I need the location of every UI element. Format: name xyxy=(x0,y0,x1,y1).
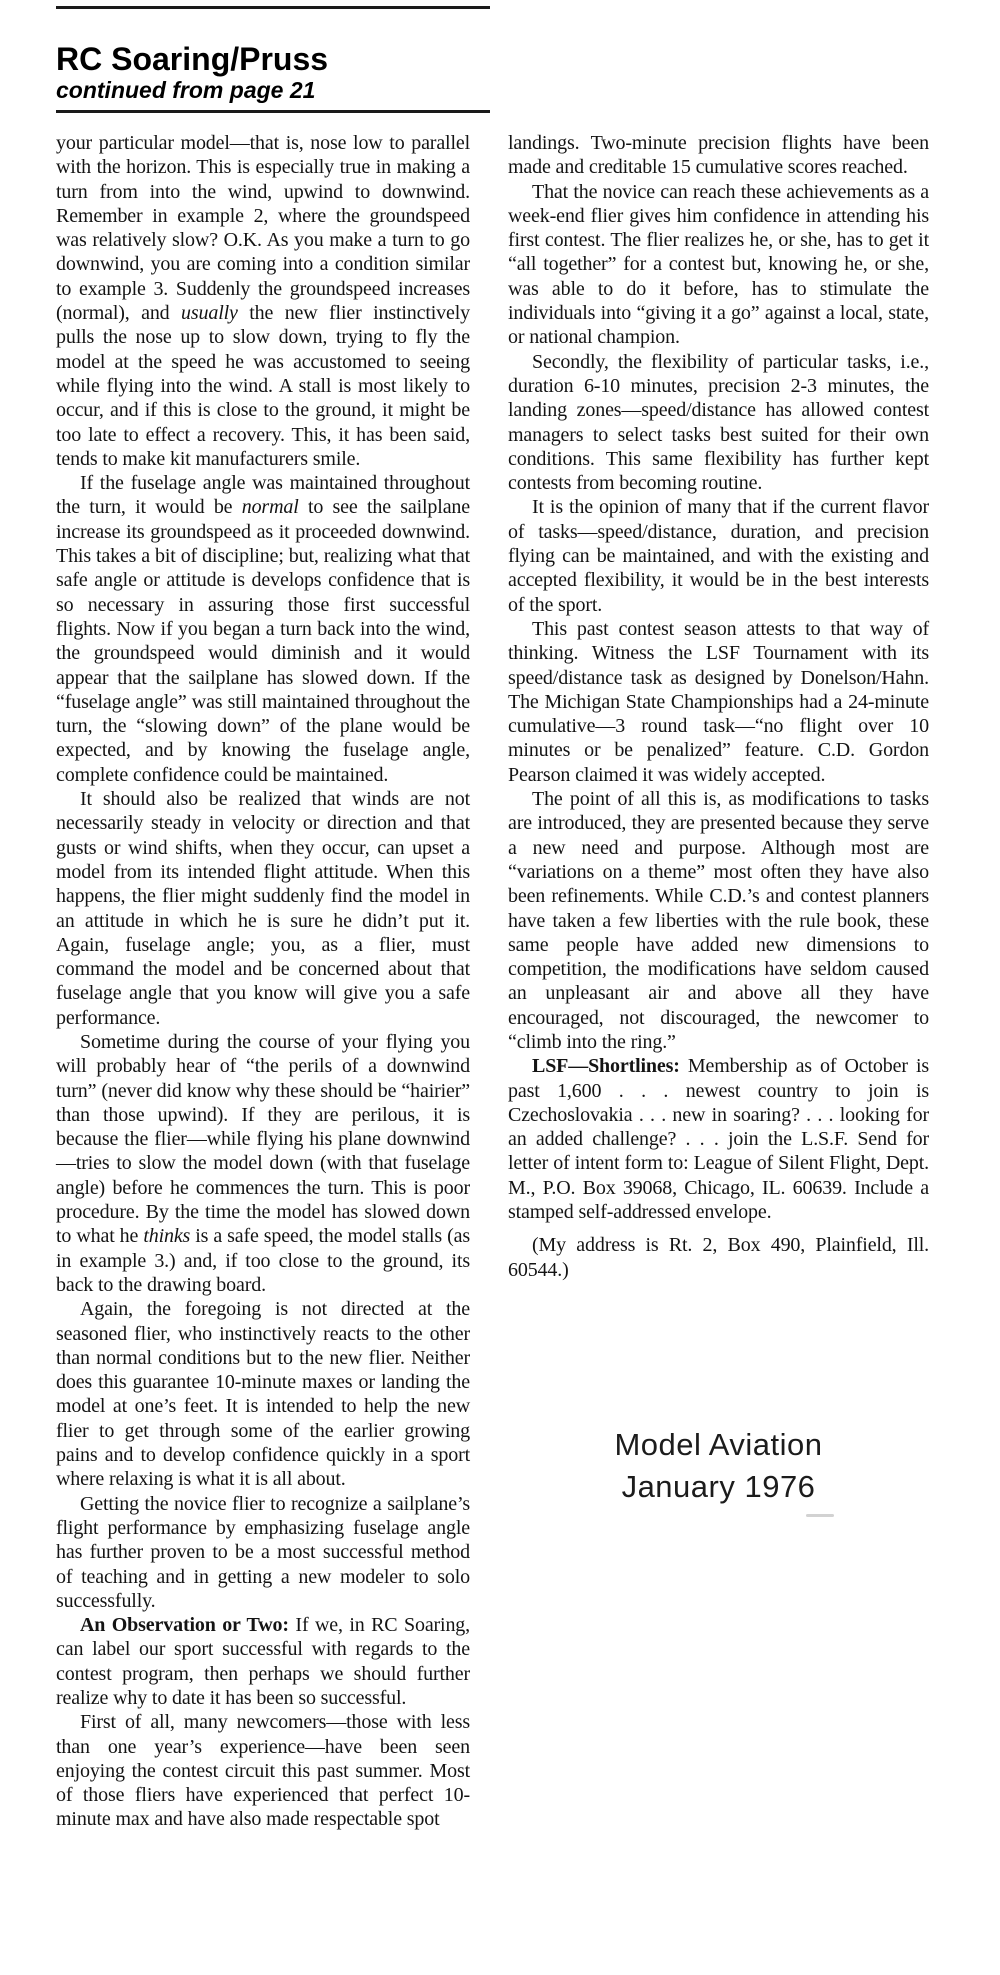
text-run: It should also be realized that winds ar… xyxy=(56,788,470,1029)
text-run: This past contest season attests to that… xyxy=(508,618,929,786)
paragraph: landings. Two-minute precision flights h… xyxy=(508,131,929,180)
magazine-page: RC Soaring/Pruss continued from page 21 … xyxy=(0,0,1000,1975)
italic-run: usually xyxy=(181,302,238,324)
text-run: Getting the novice flier to recognize a … xyxy=(56,1493,470,1612)
text-run: the new flier instinctively pulls the no… xyxy=(56,302,470,470)
italic-run: thinks xyxy=(143,1225,190,1247)
text-run: Secondly, the flexibility of particular … xyxy=(508,351,929,494)
text-run: Again, the foregoing is not directed at … xyxy=(56,1298,470,1490)
magazine-issue: January 1976 xyxy=(508,1466,929,1508)
paragraph: This past contest season attests to that… xyxy=(508,617,929,787)
text-run: First of all, many newcomers—those with … xyxy=(56,1711,470,1830)
header-top-rule xyxy=(56,6,490,9)
paragraph: The point of all this is, as modificatio… xyxy=(508,787,929,1054)
paragraph: Getting the novice flier to recognize a … xyxy=(56,1492,470,1613)
text-run: Sometime during the course of your flyin… xyxy=(56,1031,470,1247)
column-left: your particular model—that is, nose low … xyxy=(56,131,470,1832)
column-right: landings. Two-minute precision flights h… xyxy=(508,131,929,1282)
text-run: your particular model—that is, nose low … xyxy=(56,132,470,324)
paragraph: Again, the foregoing is not directed at … xyxy=(56,1297,470,1491)
paragraph: Secondly, the flexibility of particular … xyxy=(508,350,929,496)
continued-from-note: continued from page 21 xyxy=(56,76,656,104)
paragraph: An Observation or Two: If we, in RC Soar… xyxy=(56,1613,470,1710)
paragraph: your particular model—that is, nose low … xyxy=(56,131,470,471)
paragraph: First of all, many newcomers—those with … xyxy=(56,1710,470,1831)
text-run: That the novice can reach these achievem… xyxy=(508,181,929,349)
text-run: (My address is Rt. 2, Box 490, Plainfiel… xyxy=(508,1234,929,1280)
paragraph: It is the opinion of many that if the cu… xyxy=(508,495,929,616)
bold-run: LSF—Shortlines: xyxy=(532,1055,680,1077)
paragraph: LSF—Shortlines: Membership as of October… xyxy=(508,1054,929,1224)
italic-run: normal xyxy=(242,496,299,518)
bold-run: An Observation or Two: xyxy=(80,1614,289,1636)
paragraph: (My address is Rt. 2, Box 490, Plainfiel… xyxy=(508,1233,929,1282)
text-run: landings. Two-minute precision flights h… xyxy=(508,132,929,178)
magazine-name: Model Aviation xyxy=(508,1424,929,1466)
scan-smudge xyxy=(806,1514,834,1517)
paragraph: That the novice can reach these achievem… xyxy=(508,180,929,350)
text-run: The point of all this is, as modificatio… xyxy=(508,788,929,1053)
header-bottom-rule xyxy=(56,110,490,113)
paragraph: If the fuselage angle was maintained thr… xyxy=(56,471,470,787)
magazine-credit: Model Aviation January 1976 xyxy=(508,1424,929,1508)
paragraph: It should also be realized that winds ar… xyxy=(56,787,470,1030)
paragraph: Sometime during the course of your flyin… xyxy=(56,1030,470,1297)
text-run: Membership as of October is past 1,600 .… xyxy=(508,1055,929,1223)
article-header: RC Soaring/Pruss continued from page 21 xyxy=(56,42,656,104)
text-run: It is the opinion of many that if the cu… xyxy=(508,496,929,615)
article-title: RC Soaring/Pruss xyxy=(56,42,656,76)
text-run: to see the sailplane increase its ground… xyxy=(56,496,470,785)
